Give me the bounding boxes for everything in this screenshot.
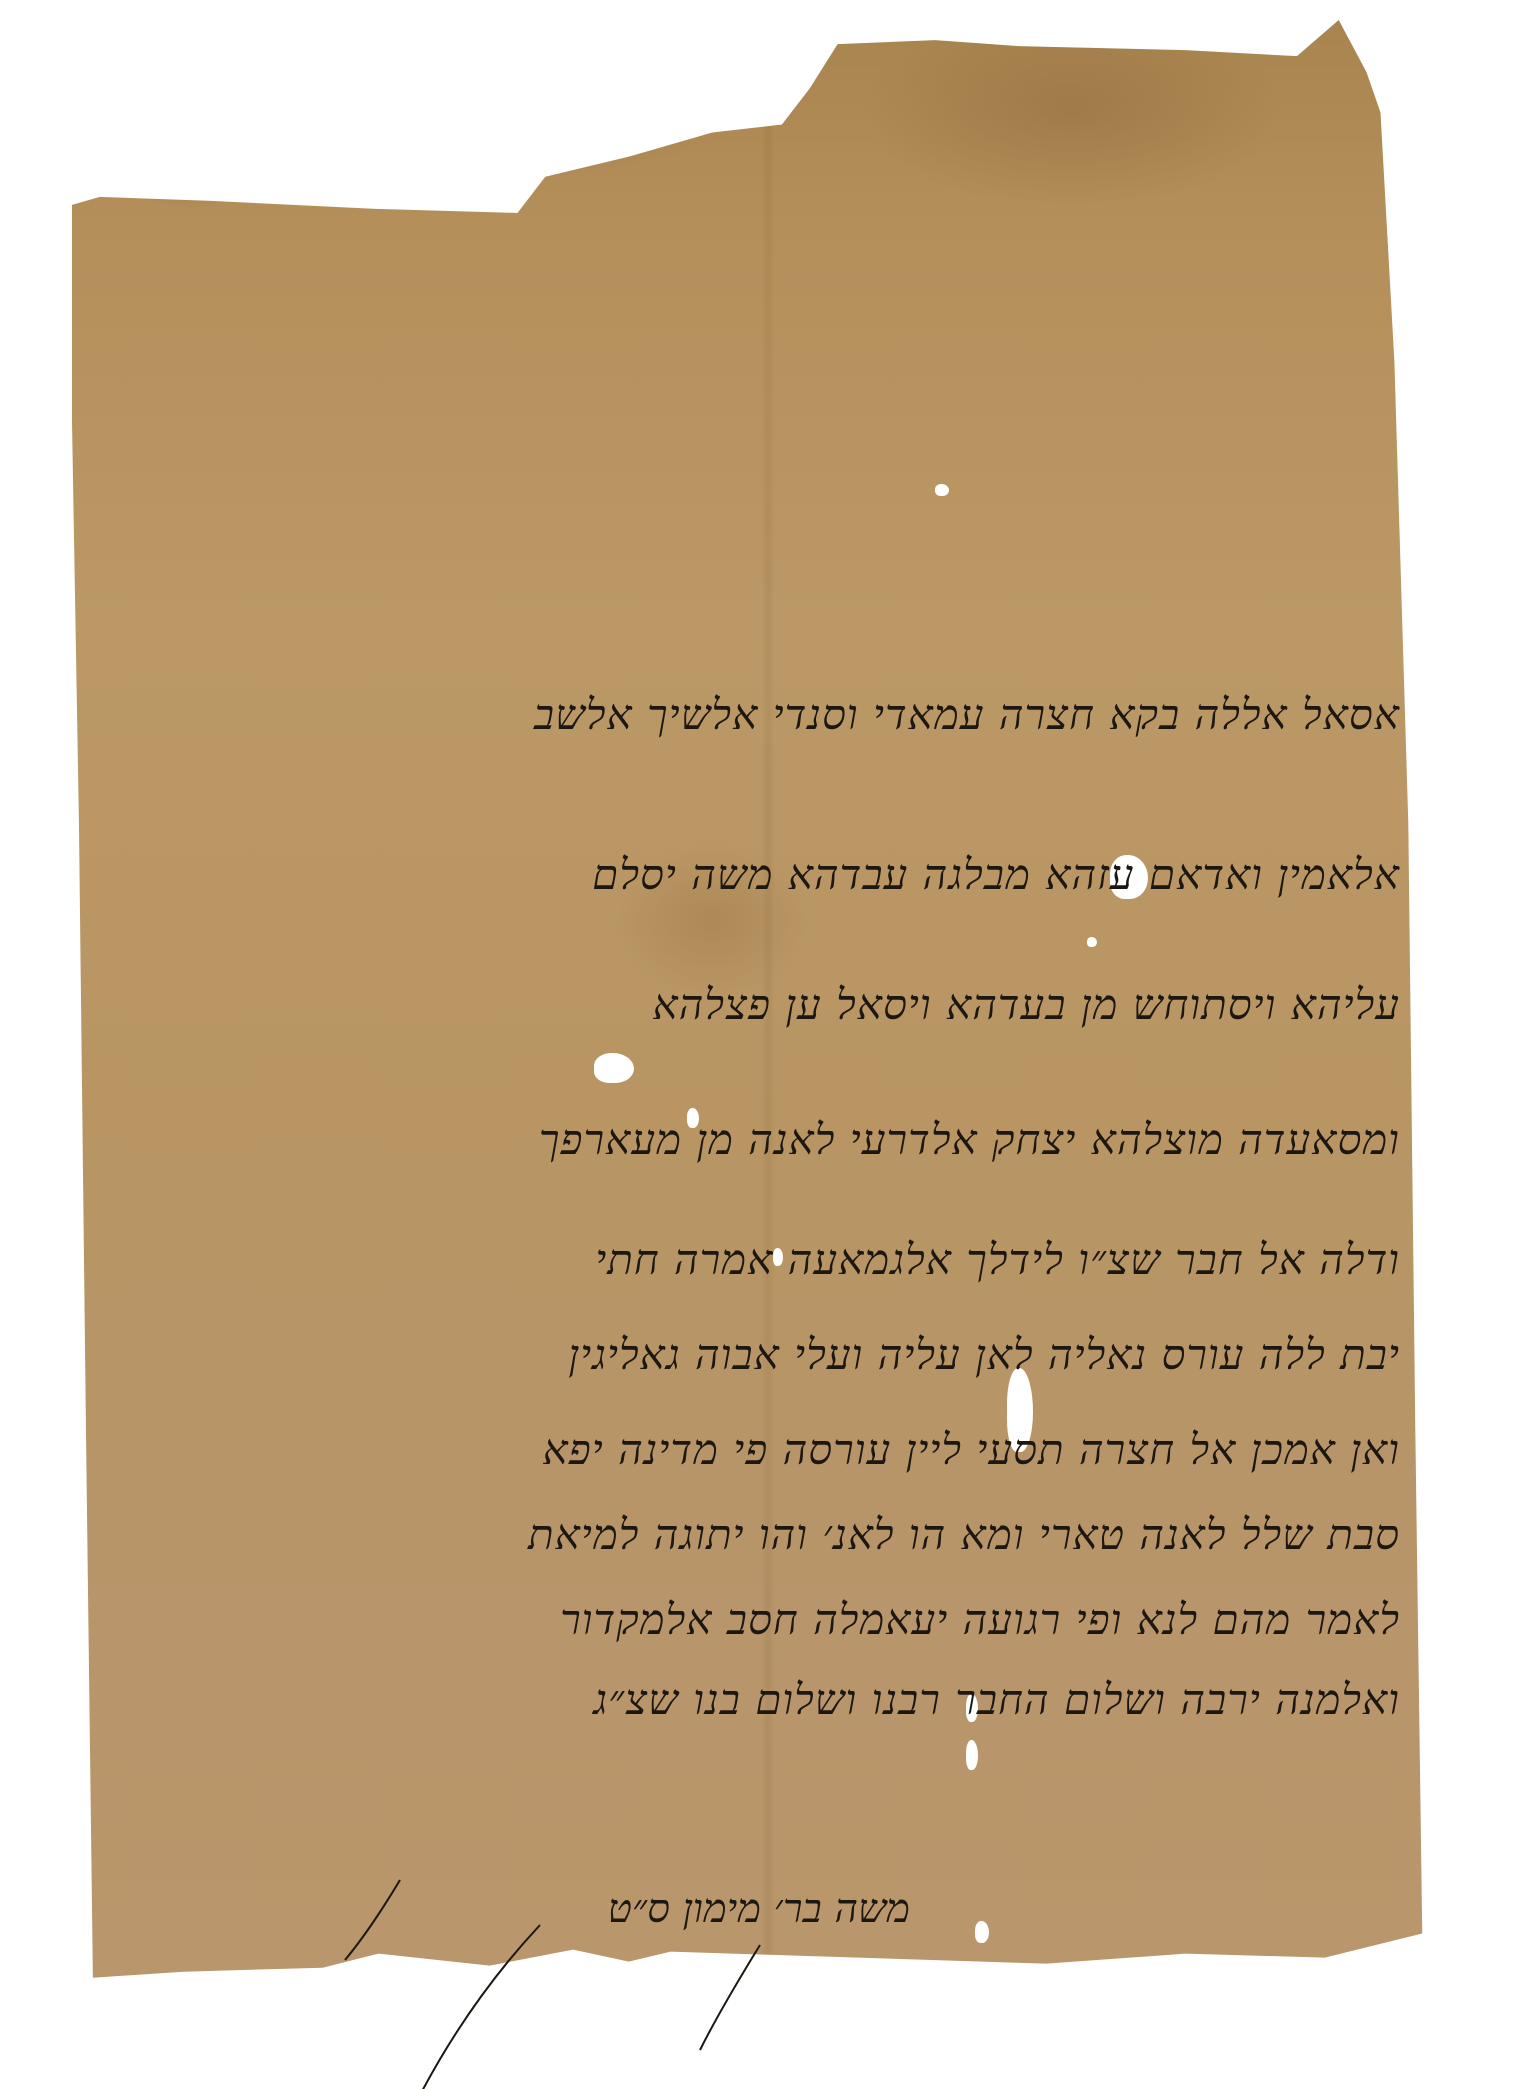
signature-flourish (0, 0, 1536, 2089)
